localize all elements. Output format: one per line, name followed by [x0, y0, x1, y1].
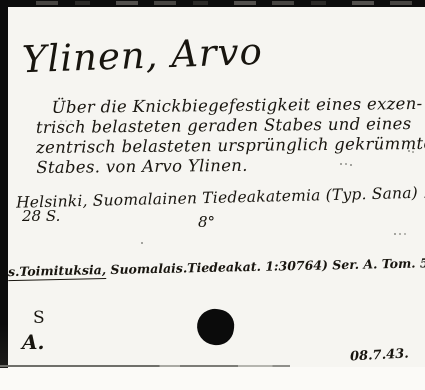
bottom-rule-line — [0, 365, 290, 367]
title-text: Über die Knickbiegefestigkeit eines exze… — [36, 94, 423, 178]
date-note: 08.7.43. — [350, 346, 410, 364]
title-line-4: Stabes. von Arvo Ylinen. — [36, 154, 422, 178]
scan-speckle — [340, 163, 342, 165]
series-underlined-text: s.Toimituksia, — [8, 262, 106, 281]
pagination-note: 28 S. — [22, 207, 60, 225]
format-note: 8° — [198, 213, 215, 231]
scan-speckle — [408, 150, 410, 152]
author-heading: Ylinen, Arvo — [21, 30, 263, 83]
scan-speckle — [60, 120, 62, 122]
scan-speckle — [394, 233, 396, 235]
catalog-card-scan: Ylinen, Arvo Über die Knickbiegefestigke… — [0, 0, 425, 390]
title-line-3: zentrisch belasteten ursprünglich gekrüm… — [36, 134, 422, 158]
scan-top-edge — [0, 0, 425, 7]
scan-left-edge — [0, 0, 8, 368]
shelf-mark: A. — [22, 330, 44, 354]
scan-speckle — [141, 242, 143, 244]
shelf-letter: S — [33, 308, 45, 328]
